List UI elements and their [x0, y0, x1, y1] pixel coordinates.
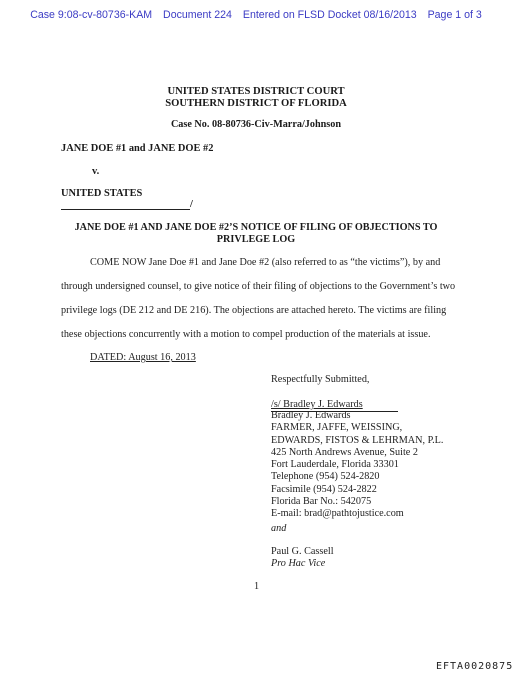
caption-slash: /	[190, 199, 193, 210]
body-line: COME NOW Jane Doe #1 and Jane Doe #2 (al…	[90, 257, 440, 268]
address-street: 425 North Andrews Avenue, Suite 2	[271, 447, 443, 459]
address-city: Fort Lauderdale, Florida 33301	[271, 459, 443, 471]
versus: v.	[92, 166, 99, 177]
case-number-stamp: Case 9:08-cv-80736-KAM	[30, 9, 152, 21]
notice-title-line2: PRIVLEGE LOG	[0, 234, 512, 247]
second-attorney-name: Paul G. Cassell	[271, 546, 334, 558]
signature-block: Bradley J. Edwards FARMER, JAFFE, WEISSI…	[271, 410, 443, 521]
court-name: UNITED STATES DISTRICT COURT	[0, 86, 512, 99]
caption-rule	[61, 209, 190, 210]
notice-title-line1: JANE DOE #1 AND JANE DOE #2’S NOTICE OF …	[0, 222, 512, 235]
body-line: through undersigned counsel, to give not…	[61, 281, 455, 292]
email: E-mail: brad@pathtojustice.com	[271, 508, 443, 520]
body-line: privilege logs (DE 212 and DE 216). The …	[61, 305, 446, 316]
and-connector: and	[271, 523, 286, 535]
docket-header-stamp: Case 9:08-cv-80736-KAM Document 224 Ente…	[0, 9, 512, 21]
firm-line1: FARMER, JAFFE, WEISSING,	[271, 422, 443, 434]
dated-line: DATED: August 16, 2013	[90, 352, 196, 363]
court-district: SOUTHERN DISTRICT OF FLORIDA	[0, 98, 512, 111]
page-count-stamp: Page 1 of 3	[428, 9, 482, 21]
page-number: 1	[254, 581, 259, 593]
entered-date-stamp: Entered on FLSD Docket 08/16/2013	[243, 9, 417, 21]
facsimile: Facsimile (954) 524-2822	[271, 484, 443, 496]
document-number-stamp: Document 224	[163, 9, 232, 21]
florida-bar-number: Florida Bar No.: 542075	[271, 496, 443, 508]
case-number: Case No. 08-80736-Civ-Marra/Johnson	[0, 119, 512, 132]
telephone: Telephone (954) 524-2820	[271, 471, 443, 483]
body-line: these objections concurrently with a mot…	[61, 329, 431, 340]
plaintiffs: JANE DOE #1 and JANE DOE #2	[61, 143, 213, 154]
firm-line2: EDWARDS, FISTOS & LEHRMAN, P.L.	[271, 435, 443, 447]
second-attorney-role: Pro Hac Vice	[271, 558, 325, 570]
closing: Respectfully Submitted,	[271, 374, 369, 386]
bates-number: EFTA00208752	[436, 661, 512, 672]
defendant: UNITED STATES	[61, 188, 142, 199]
attorney-name: Bradley J. Edwards	[271, 410, 443, 422]
